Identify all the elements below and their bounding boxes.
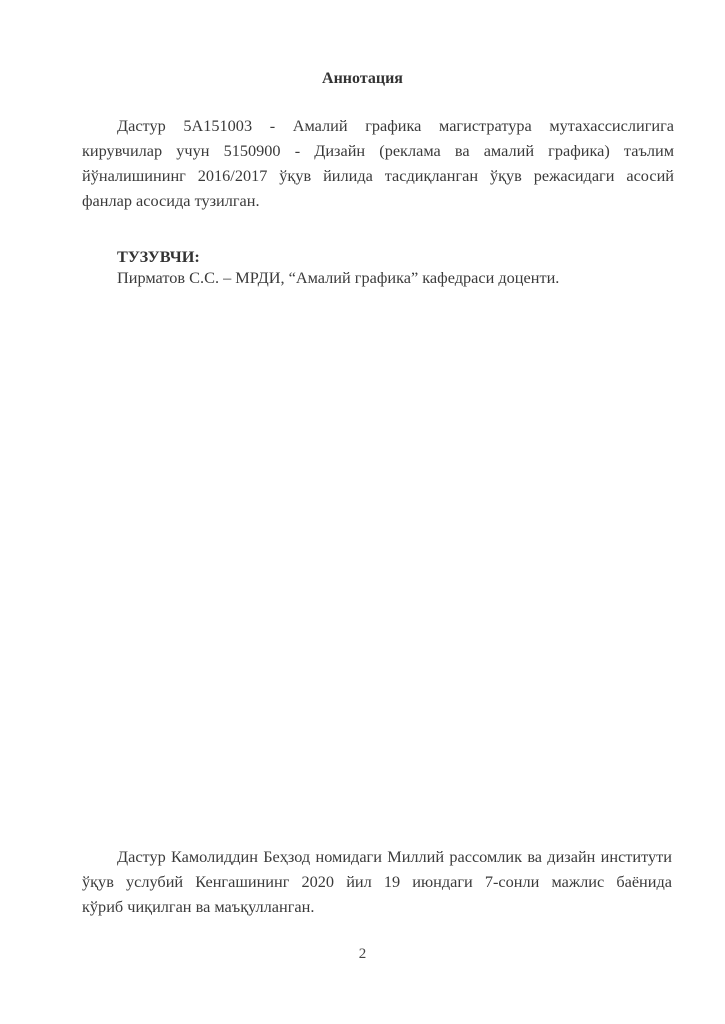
- document-title: Аннотация: [0, 70, 725, 88]
- page-number: 2: [0, 946, 725, 963]
- author-label: ТУЗУВЧИ:: [117, 246, 559, 267]
- approval-paragraph: Дастур Камолиддин Беҳзод номидаги Миллий…: [82, 844, 672, 919]
- author-text: Пирматов С.С. – МРДИ, “Амалий графика” к…: [117, 267, 559, 288]
- paragraph-line: Дастур 5А151003 - Амалий графика магистр…: [82, 113, 674, 138]
- paragraph-line: кирувчилар учун 5150900 - Дизайн (реклам…: [82, 138, 674, 163]
- paragraph-line: фанлар асосида тузилган.: [82, 188, 674, 213]
- paragraph-line: Дастур Камолиддин Беҳзод номидаги Миллий…: [82, 844, 672, 869]
- annotation-paragraph: Дастур 5А151003 - Амалий графика магистр…: [82, 113, 674, 213]
- paragraph-line: ўқув услубий Кенгашининг 2020 йил 19 июн…: [82, 869, 672, 894]
- author-section: ТУЗУВЧИ: Пирматов С.С. – МРДИ, “Амалий г…: [117, 246, 559, 288]
- document-page: Аннотация Дастур 5А151003 - Амалий графи…: [0, 0, 725, 1024]
- paragraph-line: кўриб чиқилган ва маъқулланган.: [82, 894, 672, 919]
- paragraph-line: йўналишининг 2016/2017 ўқув йилида тасди…: [82, 163, 674, 188]
